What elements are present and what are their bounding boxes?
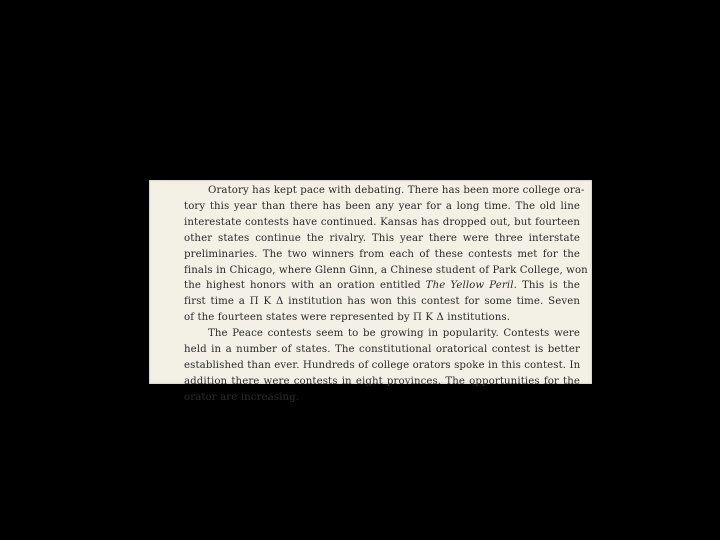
text-segment: the highest honors with an oration entit… — [184, 280, 421, 291]
text-line: addition there were contests in eight pr… — [160, 374, 580, 390]
text-line: held in a number of states. The constitu… — [160, 342, 580, 358]
text-line: Oratory has kept pace with debating. The… — [160, 183, 580, 199]
text-segment: This is the — [522, 280, 580, 291]
text-line: established than ever. Hundreds of colle… — [160, 358, 580, 374]
text-line: the highest honors with an oration entit… — [160, 278, 580, 294]
text-line: finals in Chicago, where Glenn Ginn, a C… — [160, 263, 580, 279]
text-line: interestate contests have continued. Kan… — [160, 215, 580, 231]
text-line: first time a Π K Δ institution has won t… — [160, 294, 580, 310]
text-line: orator are increasing. — [160, 390, 580, 406]
text-line: preliminaries. The two winners from each… — [160, 247, 580, 263]
text-line: tory this year than there has been any y… — [160, 199, 580, 215]
text-line: other states continue the rivalry. This … — [160, 231, 580, 247]
paragraph-peace-contests: The Peace contests seem to be growing in… — [160, 326, 580, 406]
paragraph-oratory: Oratory has kept pace with debating. The… — [160, 183, 580, 326]
oration-title: The Yellow Peril. — [426, 280, 517, 291]
scanned-document-page: Oratory has kept pace with debating. The… — [149, 180, 592, 384]
text-line: of the fourteen states were represented … — [160, 310, 580, 326]
text-line: The Peace contests seem to be growing in… — [160, 326, 580, 342]
